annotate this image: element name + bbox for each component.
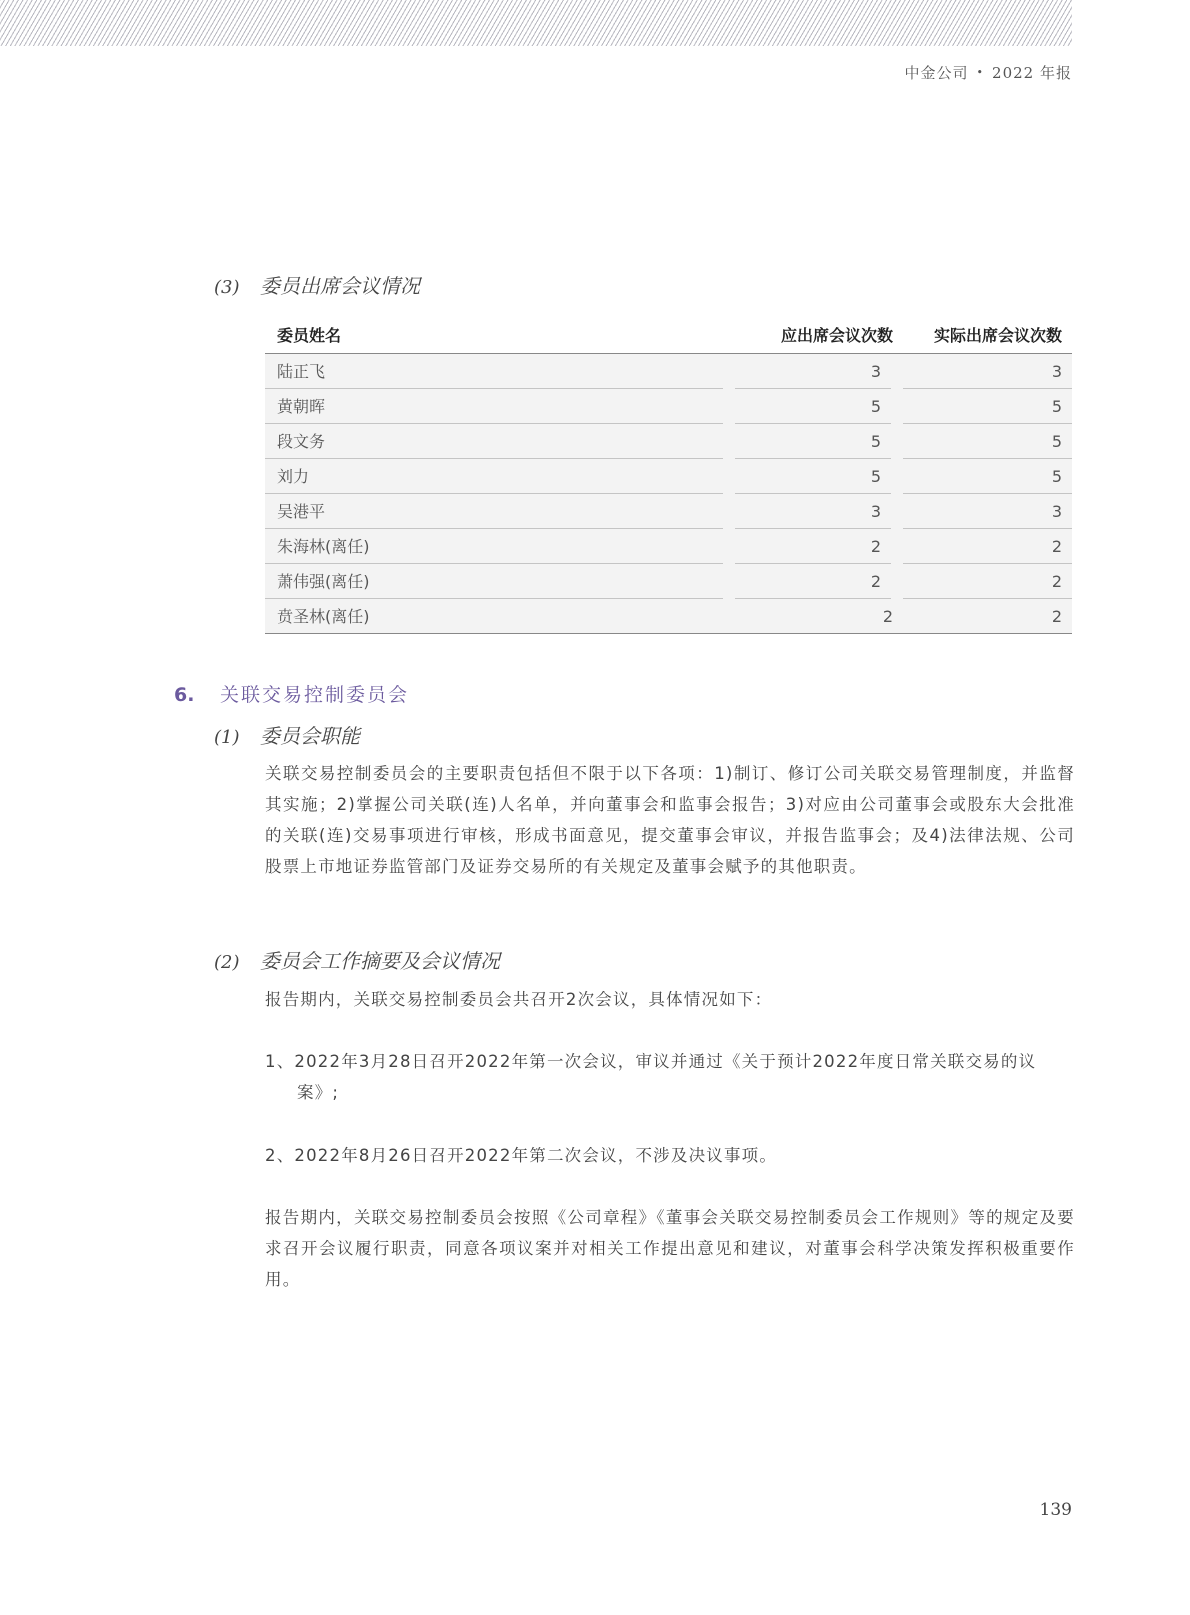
member-name: 黄朝晖 — [265, 389, 723, 424]
column-header-actual: 实际出席会议次数 — [903, 323, 1072, 346]
summary-heading-title: 委员会工作摘要及会议情况 — [260, 949, 500, 973]
attendance-heading-title: 委员出席会议情况 — [260, 274, 420, 298]
attendance-table: 委员姓名 应出席会议次数 实际出席会议次数 陆正飞 3 3 黄朝晖 5 5 段文… — [265, 315, 1072, 634]
meeting-list-item: 2、2022年8月26日召开2022年第二次会议，不涉及决议事项。 — [265, 1140, 1075, 1171]
summary-heading: (2)委员会工作摘要及会议情况 — [214, 945, 500, 974]
actual-count: 2 — [903, 529, 1072, 564]
expected-count: 3 — [735, 354, 891, 389]
actual-count: 2 — [903, 599, 1072, 634]
member-name: 朱海林(离任) — [265, 529, 723, 564]
member-name: 段文务 — [265, 424, 723, 459]
column-header-name: 委员姓名 — [265, 323, 735, 346]
functions-heading: (1)委员会职能 — [214, 720, 360, 749]
page-number: 139 — [1040, 1500, 1072, 1520]
attendance-heading-number: (3) — [214, 277, 260, 298]
table-row: 朱海林(离任) 2 2 — [265, 529, 1072, 564]
expected-count: 5 — [735, 424, 891, 459]
actual-count: 5 — [903, 389, 1072, 424]
meeting-list-item: 1、2022年3月28日召开2022年第一次会议，审议并通过《关于预计2022年… — [265, 1046, 1075, 1108]
actual-count: 3 — [903, 354, 1072, 389]
summary-intro: 报告期内，关联交易控制委员会共召开2次会议，具体情况如下： — [265, 984, 1075, 1015]
table-row: 段文务 5 5 — [265, 424, 1072, 459]
table-header: 委员姓名 应出席会议次数 实际出席会议次数 — [265, 315, 1072, 354]
member-name: 陆正飞 — [265, 354, 723, 389]
table-row: 吴港平 3 3 — [265, 494, 1072, 529]
expected-count: 2 — [735, 599, 903, 634]
header-report: 2022 年报 — [992, 64, 1072, 82]
summary-conclusion: 报告期内，关联交易控制委员会按照《公司章程》《董事会关联交易控制委员会工作规则》… — [265, 1202, 1075, 1295]
table-row: 萧伟强(离任) 2 2 — [265, 564, 1072, 599]
expected-count: 3 — [735, 494, 891, 529]
table-row: 陆正飞 3 3 — [265, 354, 1072, 389]
expected-count: 5 — [735, 389, 891, 424]
member-name: 吴港平 — [265, 494, 723, 529]
expected-count: 5 — [735, 459, 891, 494]
decorative-hatch-band — [0, 0, 1072, 46]
expected-count: 2 — [735, 529, 891, 564]
expected-count: 2 — [735, 564, 891, 599]
section-title: 关联交易控制委员会 — [220, 684, 409, 706]
actual-count: 5 — [903, 424, 1072, 459]
running-header: 中金公司•2022 年报 — [905, 62, 1072, 83]
member-name: 刘力 — [265, 459, 723, 494]
actual-count: 5 — [903, 459, 1072, 494]
header-separator-dot: • — [977, 66, 985, 79]
attendance-heading: (3)委员出席会议情况 — [214, 270, 420, 299]
table-row: 贲圣林(离任) 2 2 — [265, 599, 1072, 634]
functions-heading-number: (1) — [214, 727, 260, 748]
column-header-expected: 应出席会议次数 — [735, 323, 903, 346]
header-company: 中金公司 — [905, 64, 969, 82]
summary-heading-number: (2) — [214, 952, 260, 973]
table-row: 黄朝晖 5 5 — [265, 389, 1072, 424]
member-name: 萧伟强(离任) — [265, 564, 723, 599]
functions-heading-title: 委员会职能 — [260, 724, 360, 748]
member-name: 贲圣林(离任) — [265, 599, 735, 634]
section-heading: 6.关联交易控制委员会 — [174, 680, 409, 707]
functions-paragraph: 关联交易控制委员会的主要职责包括但不限于以下各项：1)制订、修订公司关联交易管理… — [265, 758, 1075, 882]
table-row: 刘力 5 5 — [265, 459, 1072, 494]
actual-count: 3 — [903, 494, 1072, 529]
actual-count: 2 — [903, 564, 1072, 599]
section-number: 6. — [174, 684, 220, 706]
